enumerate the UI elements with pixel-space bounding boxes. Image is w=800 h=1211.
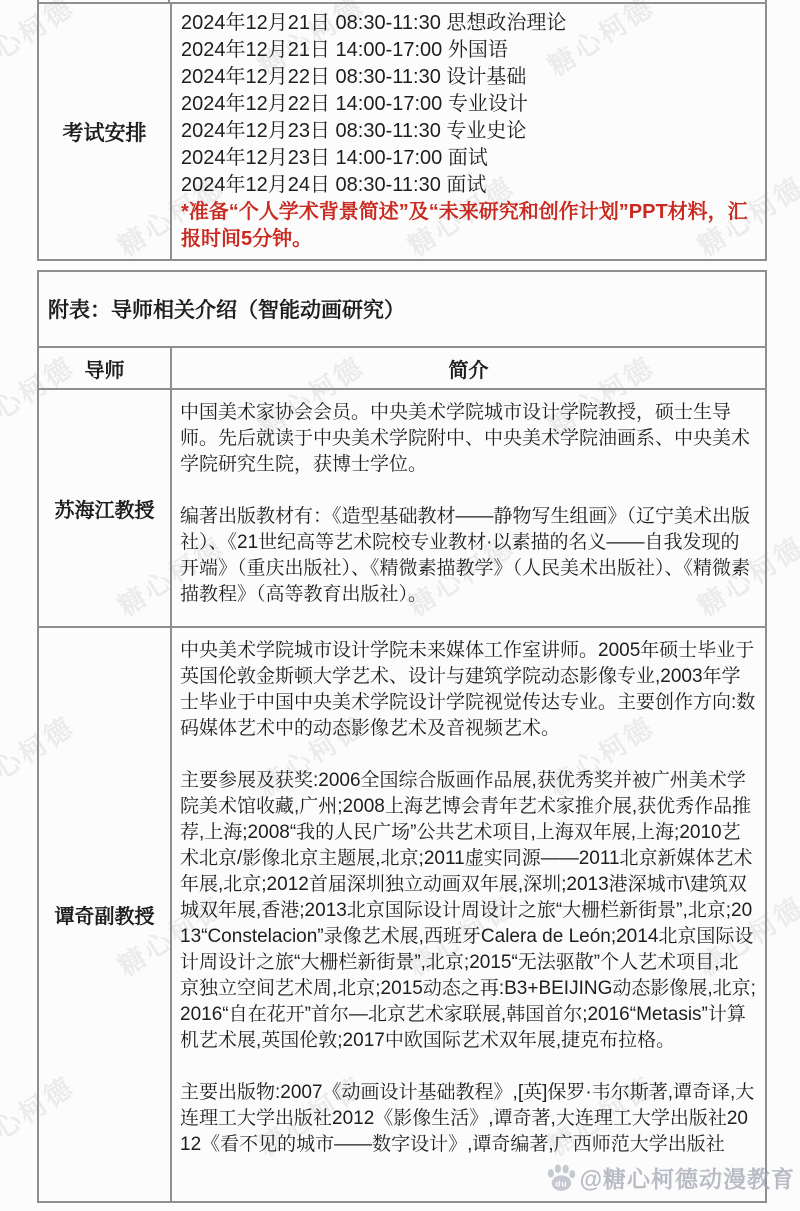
mentor-name: 谭奇副教授 bbox=[39, 628, 172, 1201]
exam-schedule-table: 考试安排 2024年12月21日 08:30-11:30 思想政治理论2024年… bbox=[37, 2, 767, 261]
exam-row-label: 考试安排 bbox=[39, 4, 172, 259]
bio-paragraph: 编著出版教材有：《造型基础教材——静物写生组画》（辽宁美术出版社）、《21世纪高… bbox=[180, 504, 757, 608]
column-header-intro: 简介 bbox=[172, 348, 765, 388]
bio-paragraph: 中国美术家协会会员。中央美术学院城市设计学院教授，硕士生导师。先后就读于中央美术… bbox=[180, 400, 757, 478]
exam-schedule-line: 2024年12月22日 08:30-11:30 设计基础 bbox=[181, 64, 756, 91]
column-header-mentor: 导师 bbox=[39, 348, 172, 388]
mentor-table-caption: 附表：导师相关介绍（智能动画研究） bbox=[39, 272, 765, 346]
exam-schedule-line: 2024年12月24日 08:30-11:30 面试 bbox=[181, 172, 756, 199]
bio-paragraph: 中央美术学院城市设计学院未来媒体工作室讲师。2005年硕士毕业于英国伦敦金斯顿大… bbox=[180, 638, 757, 742]
mentor-table-header-row: 导师 简介 bbox=[39, 346, 765, 388]
table-row-su-haijiang: 苏海江教授 中国美术家协会会员。中央美术学院城市设计学院教授，硕士生导师。先后就… bbox=[39, 388, 765, 626]
exam-schedule-line: 2024年12月22日 14:00-17:00 专业设计 bbox=[181, 91, 756, 118]
mentor-bio: 中国美术家协会会员。中央美术学院城市设计学院教授，硕士生导师。先后就读于中央美术… bbox=[172, 390, 765, 626]
bio-paragraph: 主要出版物:2007《动画设计基础教程》,[英]保罗·韦尔斯著,谭奇译,大连理工… bbox=[180, 1080, 757, 1158]
exam-schedule-line: 2024年12月23日 14:00-17:00 面试 bbox=[181, 145, 756, 172]
mentor-name: 苏海江教授 bbox=[39, 390, 172, 626]
mentor-bio: 中央美术学院城市设计学院未来媒体工作室讲师。2005年硕士毕业于英国伦敦金斯顿大… bbox=[172, 628, 765, 1201]
exam-schedule-line: 2024年12月23日 08:30-11:30 专业史论 bbox=[181, 118, 756, 145]
bio-paragraph: 主要参展及获奖:2006全国综合版画作品展,获优秀奖并被广州美术学院美术馆收藏,… bbox=[180, 768, 757, 1054]
exam-schedule-line: 2024年12月21日 08:30-11:30 思想政治理论 bbox=[181, 10, 756, 37]
exam-schedule-line: 2024年12月21日 14:00-17:00 外国语 bbox=[181, 37, 756, 64]
mentor-intro-table: 附表：导师相关介绍（智能动画研究） 导师 简介 苏海江教授 中国美术家协会会员。… bbox=[37, 270, 767, 1203]
exam-ppt-note: *准备“个人学术背景简述”及“未来研究和创作计划”PPT材料，汇报时间5分钟。 bbox=[181, 199, 756, 253]
exam-schedule-list: 2024年12月21日 08:30-11:30 思想政治理论2024年12月21… bbox=[181, 10, 756, 199]
exam-schedule-cell: 2024年12月21日 08:30-11:30 思想政治理论2024年12月21… bbox=[172, 4, 765, 259]
table-row-tan-qi: 谭奇副教授 中央美术学院城市设计学院未来媒体工作室讲师。2005年硕士毕业于英国… bbox=[39, 626, 765, 1201]
